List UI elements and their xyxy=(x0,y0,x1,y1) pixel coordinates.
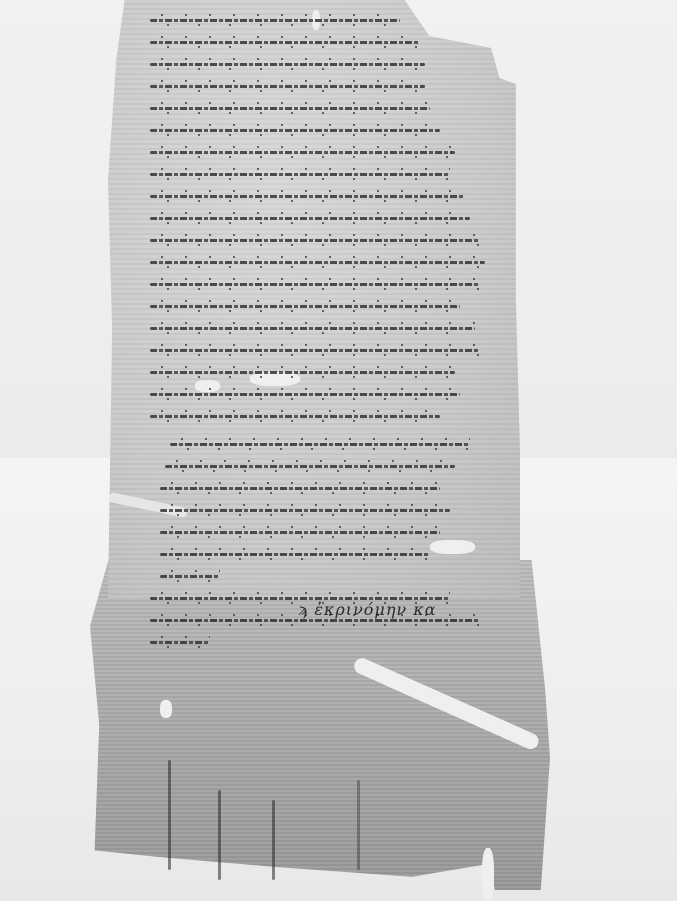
ink-stroke xyxy=(150,41,420,44)
ink-stroke xyxy=(150,217,470,220)
text-line xyxy=(150,208,495,230)
ink-stroke xyxy=(150,327,475,330)
ink-stroke xyxy=(150,173,450,176)
text-line xyxy=(150,362,495,384)
ink-stroke xyxy=(150,19,400,22)
ink-stroke xyxy=(150,641,210,644)
papyrus-hole xyxy=(160,700,172,718)
ink-stroke xyxy=(150,239,480,242)
ink-stroke xyxy=(150,63,425,66)
text-line xyxy=(150,566,495,588)
papyrus-fiber xyxy=(168,760,171,870)
text-line xyxy=(150,544,495,566)
ink-stroke xyxy=(150,305,460,308)
text-line xyxy=(150,142,495,164)
ink-stroke xyxy=(160,531,440,534)
ink-stroke xyxy=(160,509,450,512)
ink-stroke xyxy=(150,129,440,132)
ink-stroke xyxy=(150,415,440,418)
ink-stroke xyxy=(160,553,430,556)
text-line xyxy=(150,522,495,544)
text-line xyxy=(150,54,495,76)
ink-stroke xyxy=(150,261,485,264)
text-line xyxy=(150,434,495,456)
ink-stroke xyxy=(160,487,440,490)
text-line xyxy=(150,230,495,252)
subscription-line: ϡ ἐκρινόμην κα xyxy=(298,600,437,619)
papyrus-fiber xyxy=(218,790,221,880)
text-line xyxy=(150,318,495,340)
papyrus-hole xyxy=(482,848,494,901)
papyrus-fiber xyxy=(357,780,360,870)
text-line xyxy=(150,340,495,362)
text-line xyxy=(150,296,495,318)
text-line xyxy=(150,632,495,654)
ink-stroke xyxy=(170,443,470,446)
ink-stroke xyxy=(150,283,480,286)
ink-stroke xyxy=(160,575,220,578)
text-line xyxy=(150,252,495,274)
ink-stroke xyxy=(150,107,430,110)
text-line xyxy=(150,478,495,500)
text-line xyxy=(150,406,495,428)
text-line xyxy=(150,98,495,120)
greek-text-block xyxy=(150,10,495,654)
text-line xyxy=(150,384,495,406)
ink-stroke xyxy=(150,619,480,622)
ink-stroke xyxy=(150,349,480,352)
text-line xyxy=(150,32,495,54)
ink-stroke xyxy=(165,465,455,468)
text-line xyxy=(150,76,495,98)
text-line xyxy=(150,164,495,186)
ink-stroke xyxy=(150,371,455,374)
text-line xyxy=(150,500,495,522)
ink-stroke xyxy=(150,195,465,198)
text-line xyxy=(150,120,495,142)
papyrus-fiber xyxy=(272,800,275,880)
ink-stroke xyxy=(150,85,425,88)
text-line xyxy=(150,456,495,478)
text-line xyxy=(150,10,495,32)
ink-stroke xyxy=(150,393,460,396)
text-line xyxy=(150,274,495,296)
ink-stroke xyxy=(150,151,455,154)
text-line xyxy=(150,186,495,208)
